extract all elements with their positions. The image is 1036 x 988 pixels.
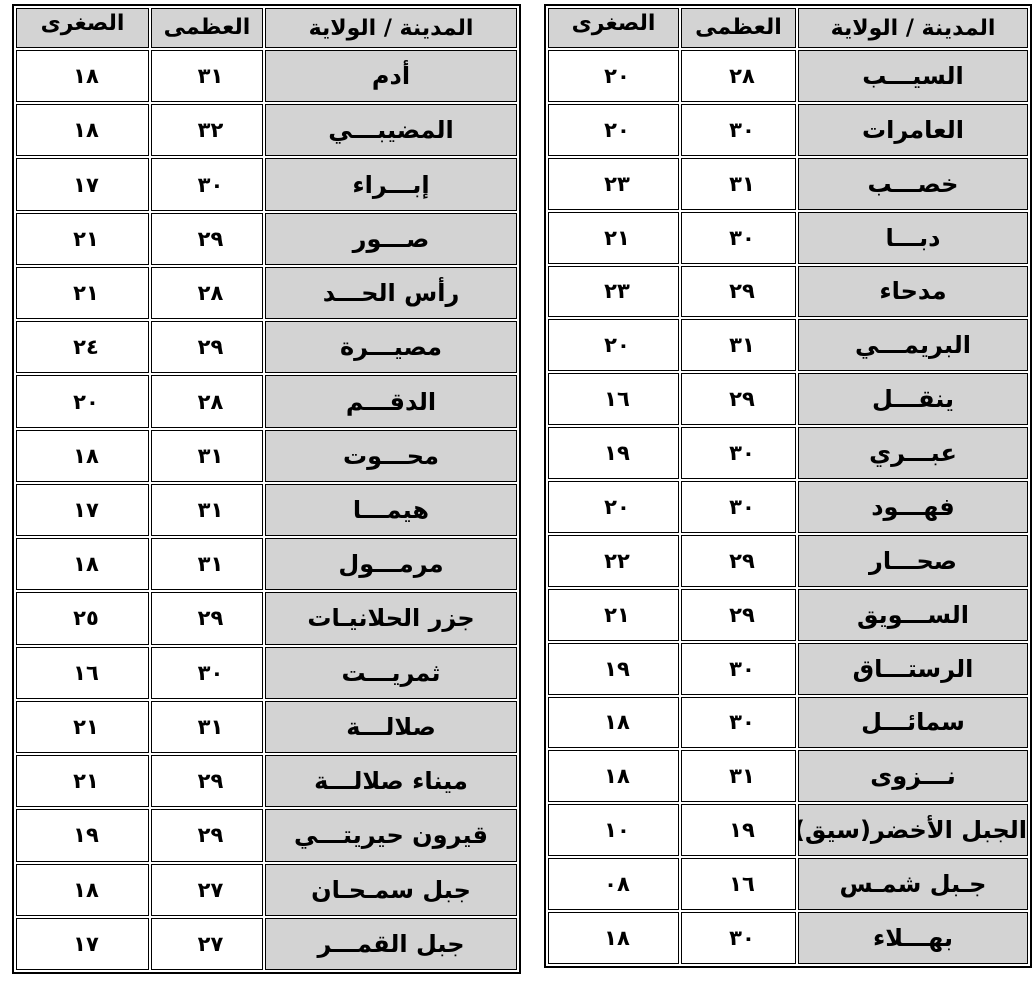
header-row: المدينة / الولاية العظمى الصغرى: [16, 8, 517, 48]
city-cell: قيرون حيريتـــي: [265, 809, 517, 861]
table-row: رأس الحـــد٢٨٢١: [16, 267, 517, 319]
min-temp-cell: ١٠: [548, 804, 679, 856]
temperature-table-left: المدينة / الولاية العظمى الصغرى أدم٣١١٨ا…: [12, 4, 521, 974]
table-row: جزر الحلانيـات٢٩٢٥: [16, 592, 517, 644]
max-temp-cell: ٣٠: [681, 643, 796, 695]
city-cell: عبـــري: [798, 427, 1028, 479]
min-temp-cell: ١٦: [548, 373, 679, 425]
min-temp-cell: ٢١: [548, 589, 679, 641]
table-row: قيرون حيريتـــي٢٩١٩: [16, 809, 517, 861]
header-row: المدينة / الولاية العظمى الصغرى: [548, 8, 1028, 48]
min-temp-cell: ١٩: [548, 643, 679, 695]
min-temp-cell: ٢٣: [548, 266, 679, 318]
table-row: إبـــراء٣٠١٧: [16, 158, 517, 210]
max-temp-cell: ٣٠: [681, 104, 796, 156]
max-temp-cell: ٢٩: [681, 373, 796, 425]
city-cell: إبـــراء: [265, 158, 517, 210]
city-column-header: المدينة / الولاية: [265, 8, 517, 48]
table-row: صحـــار٢٩٢٢: [548, 535, 1028, 587]
city-cell: المضيبـــي: [265, 104, 517, 156]
max-temp-cell: ٣٠: [681, 697, 796, 749]
min-temp-cell: ١٨: [548, 697, 679, 749]
city-cell: ميناء صلالـــة: [265, 755, 517, 807]
table-row: ثمريـــت٣٠١٦: [16, 647, 517, 699]
max-temp-cell: ٢٨: [151, 375, 263, 427]
city-cell: هيمـــا: [265, 484, 517, 536]
city-cell: صلالـــة: [265, 701, 517, 753]
table-row: عبـــري٣٠١٩: [548, 427, 1028, 479]
max-temp-cell: ١٩: [681, 804, 796, 856]
min-temp-cell: ١٧: [16, 918, 149, 970]
max-temp-cell: ٣١: [681, 750, 796, 802]
max-temp-cell: ٢٨: [151, 267, 263, 319]
table-row: المضيبـــي٣٢١٨: [16, 104, 517, 156]
min-temp-cell: ٢١: [548, 212, 679, 264]
table-row: دبـــا٣٠٢١: [548, 212, 1028, 264]
city-cell: الدقـــم: [265, 375, 517, 427]
city-cell: الســـويق: [798, 589, 1028, 641]
min-temp-column-header: الصغرى: [548, 8, 679, 48]
city-cell: مدحاء: [798, 266, 1028, 318]
temperature-table-right: المدينة / الولاية العظمى الصغرى السيـــب…: [544, 4, 1032, 968]
max-temp-cell: ٢٧: [151, 918, 263, 970]
max-temp-cell: ٢٧: [151, 864, 263, 916]
min-temp-cell: ٢٠: [548, 481, 679, 533]
max-temp-cell: ٣٠: [681, 481, 796, 533]
table-row: صـــور٢٩٢١: [16, 213, 517, 265]
max-temp-cell: ٣١: [151, 50, 263, 102]
min-temp-cell: ٢٤: [16, 321, 149, 373]
table-row: السيـــب٢٨٢٠: [548, 50, 1028, 102]
max-temp-cell: ٢٨: [681, 50, 796, 102]
city-cell: جـبل شمـس: [798, 858, 1028, 910]
max-temp-cell: ٣١: [151, 701, 263, 753]
table-row: مدحاء٢٩٢٣: [548, 266, 1028, 318]
min-temp-cell: ٢٠: [548, 104, 679, 156]
max-temp-cell: ٢٩: [681, 535, 796, 587]
city-cell: السيـــب: [798, 50, 1028, 102]
min-temp-cell: ١٩: [548, 427, 679, 479]
min-temp-cell: ٢٥: [16, 592, 149, 644]
max-temp-cell: ٣٢: [151, 104, 263, 156]
min-temp-cell: ١٨: [16, 430, 149, 482]
city-cell: الجبل الأخضر(سيق): [798, 804, 1028, 856]
city-cell: ثمريـــت: [265, 647, 517, 699]
max-temp-cell: ٢٩: [151, 213, 263, 265]
table-row: الســـويق٢٩٢١: [548, 589, 1028, 641]
city-cell: نـــزوى: [798, 750, 1028, 802]
min-temp-cell: ١٨: [16, 538, 149, 590]
city-cell: أدم: [265, 50, 517, 102]
min-temp-cell: ٢٠: [16, 375, 149, 427]
city-cell: جبل القمـــر: [265, 918, 517, 970]
table-row: جبل سمـحـان٢٧١٨: [16, 864, 517, 916]
table-row: نـــزوى٣١١٨: [548, 750, 1028, 802]
table-row: صلالـــة٣١٢١: [16, 701, 517, 753]
city-cell: ينقـــل: [798, 373, 1028, 425]
max-temp-cell: ٢٩: [151, 592, 263, 644]
min-temp-cell: ٢٠: [548, 319, 679, 371]
min-temp-cell: ٢١: [16, 755, 149, 807]
table-row: مصيـــرة٢٩٢٤: [16, 321, 517, 373]
table-row: العامرات٣٠٢٠: [548, 104, 1028, 156]
table-row: جـبل شمـس١٦٠٨: [548, 858, 1028, 910]
min-temp-cell: ١٨: [16, 50, 149, 102]
city-cell: محـــوت: [265, 430, 517, 482]
max-temp-cell: ٣٠: [681, 212, 796, 264]
min-temp-cell: ١٩: [16, 809, 149, 861]
min-temp-cell: ٢٢: [548, 535, 679, 587]
table-row: ينقـــل٢٩١٦: [548, 373, 1028, 425]
table-row: ميناء صلالـــة٢٩٢١: [16, 755, 517, 807]
max-temp-cell: ٣١: [681, 158, 796, 210]
min-temp-cell: ١٨: [16, 864, 149, 916]
city-cell: جبل سمـحـان: [265, 864, 517, 916]
city-cell: جزر الحلانيـات: [265, 592, 517, 644]
table-row: الرستـــاق٣٠١٩: [548, 643, 1028, 695]
city-cell: البريمـــي: [798, 319, 1028, 371]
max-temp-cell: ٣٠: [681, 912, 796, 964]
city-cell: دبـــا: [798, 212, 1028, 264]
max-temp-cell: ٣١: [151, 538, 263, 590]
temperature-tables-wrap: المدينة / الولاية العظمى الصغرى السيـــب…: [0, 0, 1036, 974]
table-row: أدم٣١١٨: [16, 50, 517, 102]
city-cell: خصـــب: [798, 158, 1028, 210]
city-cell: بهـــلاء: [798, 912, 1028, 964]
left-table-body: أدم٣١١٨المضيبـــي٣٢١٨إبـــراء٣٠١٧صـــور٢…: [16, 50, 517, 970]
table-row: البريمـــي٣١٢٠: [548, 319, 1028, 371]
table-row: فهـــود٣٠٢٠: [548, 481, 1028, 533]
city-cell: مصيـــرة: [265, 321, 517, 373]
min-temp-cell: ٢١: [16, 701, 149, 753]
city-cell: فهـــود: [798, 481, 1028, 533]
max-temp-cell: ٢٩: [681, 266, 796, 318]
min-temp-cell: ١٦: [16, 647, 149, 699]
city-cell: العامرات: [798, 104, 1028, 156]
city-cell: صـــور: [265, 213, 517, 265]
max-temp-cell: ٣٠: [681, 427, 796, 479]
max-temp-cell: ٣١: [681, 319, 796, 371]
max-temp-cell: ٣٠: [151, 158, 263, 210]
city-cell: الرستـــاق: [798, 643, 1028, 695]
min-temp-cell: ٢٠: [548, 50, 679, 102]
max-temp-cell: ٢٩: [151, 321, 263, 373]
city-column-header: المدينة / الولاية: [798, 8, 1028, 48]
max-temp-cell: ١٦: [681, 858, 796, 910]
min-temp-cell: ٢١: [16, 213, 149, 265]
min-temp-cell: ١٨: [16, 104, 149, 156]
table-row: مرمـــول٣١١٨: [16, 538, 517, 590]
max-temp-cell: ٣١: [151, 484, 263, 536]
right-table-body: السيـــب٢٨٢٠العامرات٣٠٢٠خصـــب٣١٢٣دبـــا…: [548, 50, 1028, 964]
min-temp-column-header: الصغرى: [16, 8, 149, 48]
max-temp-cell: ٣٠: [151, 647, 263, 699]
min-temp-cell: ٢١: [16, 267, 149, 319]
min-temp-cell: ١٧: [16, 158, 149, 210]
min-temp-cell: ٠٨: [548, 858, 679, 910]
table-row: بهـــلاء٣٠١٨: [548, 912, 1028, 964]
city-cell: سمائـــل: [798, 697, 1028, 749]
max-temp-column-header: العظمى: [681, 8, 796, 48]
max-temp-cell: ٣١: [151, 430, 263, 482]
city-cell: رأس الحـــد: [265, 267, 517, 319]
max-temp-cell: ٢٩: [151, 809, 263, 861]
table-row: الدقـــم٢٨٢٠: [16, 375, 517, 427]
min-temp-cell: ١٨: [548, 750, 679, 802]
max-temp-cell: ٢٩: [151, 755, 263, 807]
max-temp-cell: ٢٩: [681, 589, 796, 641]
min-temp-cell: ١٧: [16, 484, 149, 536]
table-row: جبل القمـــر٢٧١٧: [16, 918, 517, 970]
min-temp-cell: ٢٣: [548, 158, 679, 210]
max-temp-column-header: العظمى: [151, 8, 263, 48]
table-row: خصـــب٣١٢٣: [548, 158, 1028, 210]
table-row: سمائـــل٣٠١٨: [548, 697, 1028, 749]
city-cell: مرمـــول: [265, 538, 517, 590]
table-row: هيمـــا٣١١٧: [16, 484, 517, 536]
table-row: محـــوت٣١١٨: [16, 430, 517, 482]
min-temp-cell: ١٨: [548, 912, 679, 964]
city-cell: صحـــار: [798, 535, 1028, 587]
table-row: الجبل الأخضر(سيق)١٩١٠: [548, 804, 1028, 856]
